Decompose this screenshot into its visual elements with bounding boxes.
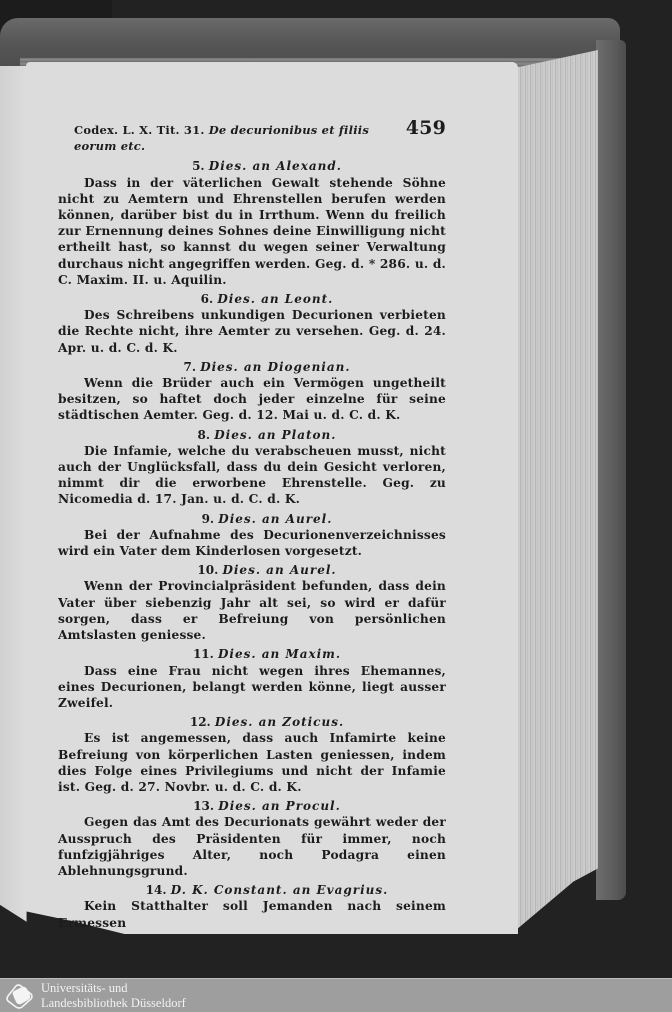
section-heading: 11. Dies. an Maxim. (58, 646, 446, 662)
section-text: Kein Statthalter soll Jemanden nach sein… (58, 898, 446, 930)
section-number: 14. (146, 883, 167, 897)
section-text: Dass in der väterlichen Gewalt stehende … (58, 175, 446, 288)
section-13: 13. Dies. an Procul. Gegen das Amt des D… (58, 798, 446, 879)
section-number: 11. (193, 647, 214, 661)
section-number: 10. (197, 563, 218, 577)
section-text: Wenn die Brüder auch ein Vermögen ungeth… (58, 375, 446, 424)
section-text: Es ist angemessen, dass auch Infamirte k… (58, 730, 446, 795)
section-title: Dies. an Leont. (217, 292, 333, 306)
scanned-book-image: Codex. L. X. Tit. 31. De decurionibus et… (0, 0, 672, 978)
section-heading: 9. Dies. an Aurel. (58, 511, 446, 527)
section-9: 9. Dies. an Aurel. Bei der Aufnahme des … (58, 511, 446, 560)
section-title: Dies. an Aurel. (218, 512, 332, 526)
section-text: Die Infamie, welche du verabscheuen muss… (58, 443, 446, 508)
section-heading: 7. Dies. an Diogenian. (58, 359, 446, 375)
section-number: 12. (190, 715, 211, 729)
section-heading: 12. Dies. an Zoticus. (58, 714, 446, 730)
section-heading: 10. Dies. an Aurel. (58, 562, 446, 578)
library-footer: Universitäts- und Landesbibliothek Düsse… (0, 978, 672, 1012)
section-title: Dies. an Platon. (214, 428, 336, 442)
section-7: 7. Dies. an Diogenian. Wenn die Brüder a… (58, 359, 446, 424)
section-heading: 6. Dies. an Leont. (58, 291, 446, 307)
section-10: 10. Dies. an Aurel. Wenn der Provincialp… (58, 562, 446, 643)
page-number: 459 (406, 120, 446, 136)
left-page-edge (0, 66, 27, 922)
section-heading: 14. D. K. Constant. an Evagrius. (58, 882, 446, 898)
section-5: 5. Dies. an Alexand. Dass in der väterli… (58, 158, 446, 288)
section-number: 7. (183, 360, 196, 374)
section-title: Dies. an Procul. (218, 799, 341, 813)
page-text: Codex. L. X. Tit. 31. De decurionibus et… (58, 120, 446, 934)
section-12: 12. Dies. an Zoticus. Es ist angemessen,… (58, 714, 446, 795)
section-number: 13. (193, 799, 214, 813)
page-edges-right (516, 50, 598, 930)
section-heading: 8. Dies. an Platon. (58, 427, 446, 443)
section-heading: 5. Dies. an Alexand. (58, 158, 446, 174)
library-name-line2: Landesbibliothek Düsseldorf (41, 996, 186, 1011)
section-title: Dies. an Zoticus. (215, 715, 344, 729)
library-name: Universitäts- und Landesbibliothek Düsse… (41, 981, 186, 1011)
running-head-title: Codex. L. X. Tit. 31. De decurionibus et… (74, 122, 400, 154)
section-11: 11. Dies. an Maxim. Dass eine Frau nicht… (58, 646, 446, 711)
section-text: Dass eine Frau nicht wegen ihres Ehemann… (58, 663, 446, 712)
section-text: Bei der Aufnahme des Decurionenverzeichn… (58, 527, 446, 559)
section-heading: 13. Dies. an Procul. (58, 798, 446, 814)
section-8: 8. Dies. an Platon. Die Infamie, welche … (58, 427, 446, 508)
section-text: Wenn der Provincialpräsident befunden, d… (58, 578, 446, 643)
section-number: 5. (192, 159, 205, 173)
section-6: 6. Dies. an Leont. Des Schreibens unkund… (58, 291, 446, 356)
section-title: Dies. an Alexand. (209, 159, 342, 173)
section-title: Dies. an Diogenian. (200, 360, 350, 374)
section-number: 6. (201, 292, 214, 306)
book-cover-right-edge (596, 40, 626, 900)
section-14: 14. D. K. Constant. an Evagrius. Kein St… (58, 882, 446, 931)
section-title: Dies. an Maxim. (218, 647, 341, 661)
library-name-line1: Universitäts- und (41, 981, 186, 996)
section-number: 9. (202, 512, 215, 526)
section-text: Gegen das Amt des Decurionats gewährt we… (58, 814, 446, 879)
section-title: D. K. Constant. an Evagrius. (171, 883, 389, 897)
running-head: Codex. L. X. Tit. 31. De decurionibus et… (74, 120, 446, 154)
book-logo-icon (4, 982, 34, 1010)
section-title: Dies. an Aurel. (222, 563, 336, 577)
running-head-code: Codex. L. X. Tit. 31. (74, 123, 205, 137)
section-text: Des Schreibens unkundigen Decurionen ver… (58, 307, 446, 356)
section-number: 8. (198, 428, 211, 442)
